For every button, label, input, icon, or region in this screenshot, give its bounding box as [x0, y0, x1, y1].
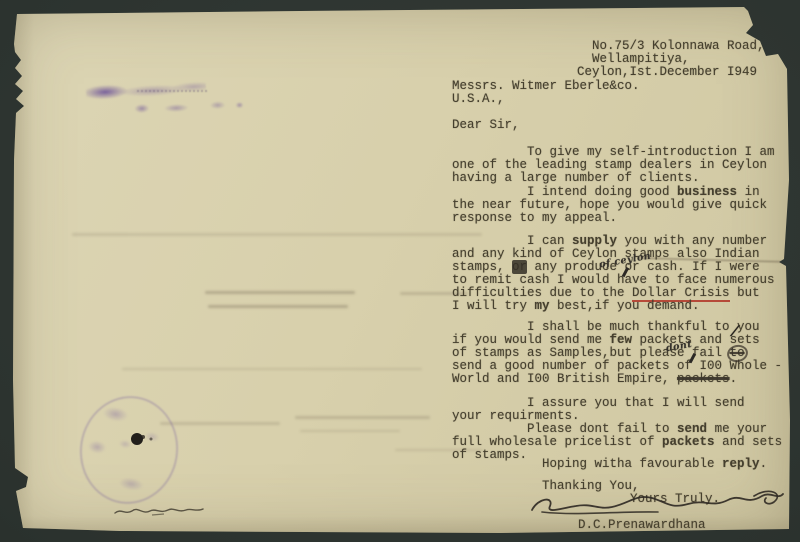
ink-blot-dot — [131, 433, 143, 445]
typed-line: response to my appeal. — [452, 212, 767, 225]
violet-circular-handstamp-icon — [72, 389, 186, 511]
violet-handstamp-top-row2-icon — [128, 98, 243, 116]
paragraph-3: I can supply you with any numberand any … — [452, 235, 775, 313]
typed-line: Hoping witha favourable reply. — [452, 458, 767, 471]
closing-hoping: Hoping witha favourable reply. — [452, 458, 767, 471]
handstamp-dashes — [137, 90, 207, 92]
typed-line: Dear Sir, — [452, 119, 520, 132]
paragraph-1: To give my self-introduction I amone of … — [452, 146, 775, 185]
letter-paper: No.75/3 Kolonnawa Road, Wellampitiya,Cey… — [0, 0, 800, 542]
address-block: No.75/3 Kolonnawa Road, Wellampitiya,Cey… — [577, 40, 765, 79]
recipient-block: Messrs. Witmer Eberle&co.U.S.A., — [452, 80, 640, 106]
paragraph-4: I shall be much thankful to/youif you wo… — [452, 321, 782, 386]
typed-line: having a large number of clients. — [452, 172, 775, 185]
ink-signature — [518, 482, 790, 522]
paragraph-2: I intend doing good business inthe near … — [452, 186, 767, 225]
paragraph-5: I assure you that I will sendyour requir… — [452, 397, 745, 423]
typed-line: U.S.A., — [452, 93, 640, 106]
salutation: Dear Sir, — [452, 119, 520, 132]
typed-line: Ceylon,Ist.December I949 — [577, 66, 765, 79]
pencil-scribble — [112, 502, 207, 518]
scanned-letter-scene: No.75/3 Kolonnawa Road, Wellampitiya,Cey… — [0, 0, 800, 542]
typed-line: World and I00 British Empire, packets. — [452, 373, 782, 386]
